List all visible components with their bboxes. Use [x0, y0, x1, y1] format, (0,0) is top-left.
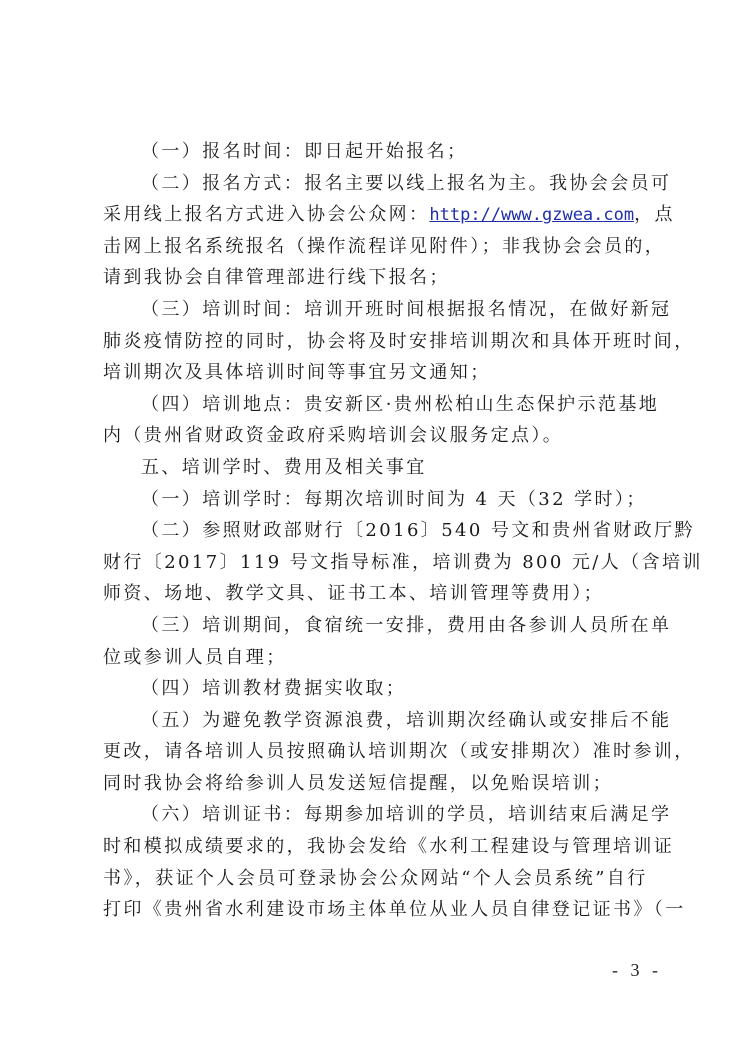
section-heading-five: 五、培训学时、费用及相关事宜	[103, 452, 659, 484]
materials-fee-line: （四）培训教材费据实收取；	[103, 673, 659, 705]
training-fee-line-1: （二）参照财政部财行〔2016〕540 号文和贵州省财政厅黔	[103, 515, 659, 547]
registration-method-line-4: 请到我协会自律管理部进行线下报名；	[103, 262, 659, 294]
accommodation-line-2: 位或参训人员自理；	[103, 642, 659, 674]
training-time-line-1: （三）培训时间：培训开班时间根据报名情况，在做好新冠	[103, 294, 659, 326]
schedule-change-line-2: 更改，请各培训人员按照确认培训期次（或安排期次）准时参训，	[103, 736, 659, 768]
training-fee-line-3: 师资、场地、教学文具、证书工本、培训管理等费用）；	[103, 578, 659, 610]
training-time-line-3: 培训期次及具体培训时间等事宜另文通知；	[103, 357, 659, 389]
training-time-line-2: 肺炎疫情防控的同时，协会将及时安排培训期次和具体开班时间，	[103, 326, 659, 358]
accommodation-line-1: （三）培训期间，食宿统一安排，费用由各参训人员所在单	[103, 610, 659, 642]
certificate-line-3: 书》，获证个人会员可登录协会公众网站“个人会员系统”自行	[103, 863, 659, 895]
training-location-line-1: （四）培训地点：贵安新区·贵州松柏山生态保护示范基地	[103, 389, 659, 421]
training-fee-line-2: 财行〔2017〕119 号文指导标准，培训费为 800 元/人（含培训	[103, 547, 659, 579]
document-body: （一）报名时间：即日起开始报名； （二）报名方式：报名主要以线上报名为主。我协会…	[103, 136, 659, 926]
certificate-line-4: 打印《贵州省水利建设市场主体单位从业人员自律登记证书》（一	[103, 894, 659, 926]
training-hours-line: （一）培训学时：每期次培训时间为 4 天（32 学时）；	[103, 484, 659, 516]
registration-method-line-2: 采用线上报名方式进入协会公众网：http://www.gzwea.com，点	[103, 199, 659, 231]
training-location-line-2: 内（贵州省财政资金政府采购培训会议服务定点）。	[103, 420, 659, 452]
registration-method-line-1: （二）报名方式：报名主要以线上报名为主。我协会会员可	[103, 168, 659, 200]
schedule-change-line-1: （五）为避免教学资源浪费，培训期次经确认或安排后不能	[103, 705, 659, 737]
registration-method-suffix: ，点	[634, 204, 675, 225]
certificate-line-1: （六）培训证书：每期参加培训的学员，培训结束后满足学	[103, 799, 659, 831]
certificate-line-2: 时和模拟成绩要求的，我协会发给《水利工程建设与管理培训证	[103, 831, 659, 863]
registration-time-line: （一）报名时间：即日起开始报名；	[103, 136, 659, 168]
association-website-link[interactable]: http://www.gzwea.com	[429, 205, 634, 225]
registration-method-line-3: 击网上报名系统报名（操作流程详见附件）；非我协会会员的，	[103, 231, 659, 263]
document-page: （一）报名时间：即日起开始报名； （二）报名方式：报名主要以线上报名为主。我协会…	[0, 0, 750, 1061]
page-number: - 3 -	[612, 960, 662, 981]
registration-method-prefix: 采用线上报名方式进入协会公众网：	[103, 204, 429, 225]
schedule-change-line-3: 同时我协会将给参训人员发送短信提醒，以免贻误培训；	[103, 768, 659, 800]
